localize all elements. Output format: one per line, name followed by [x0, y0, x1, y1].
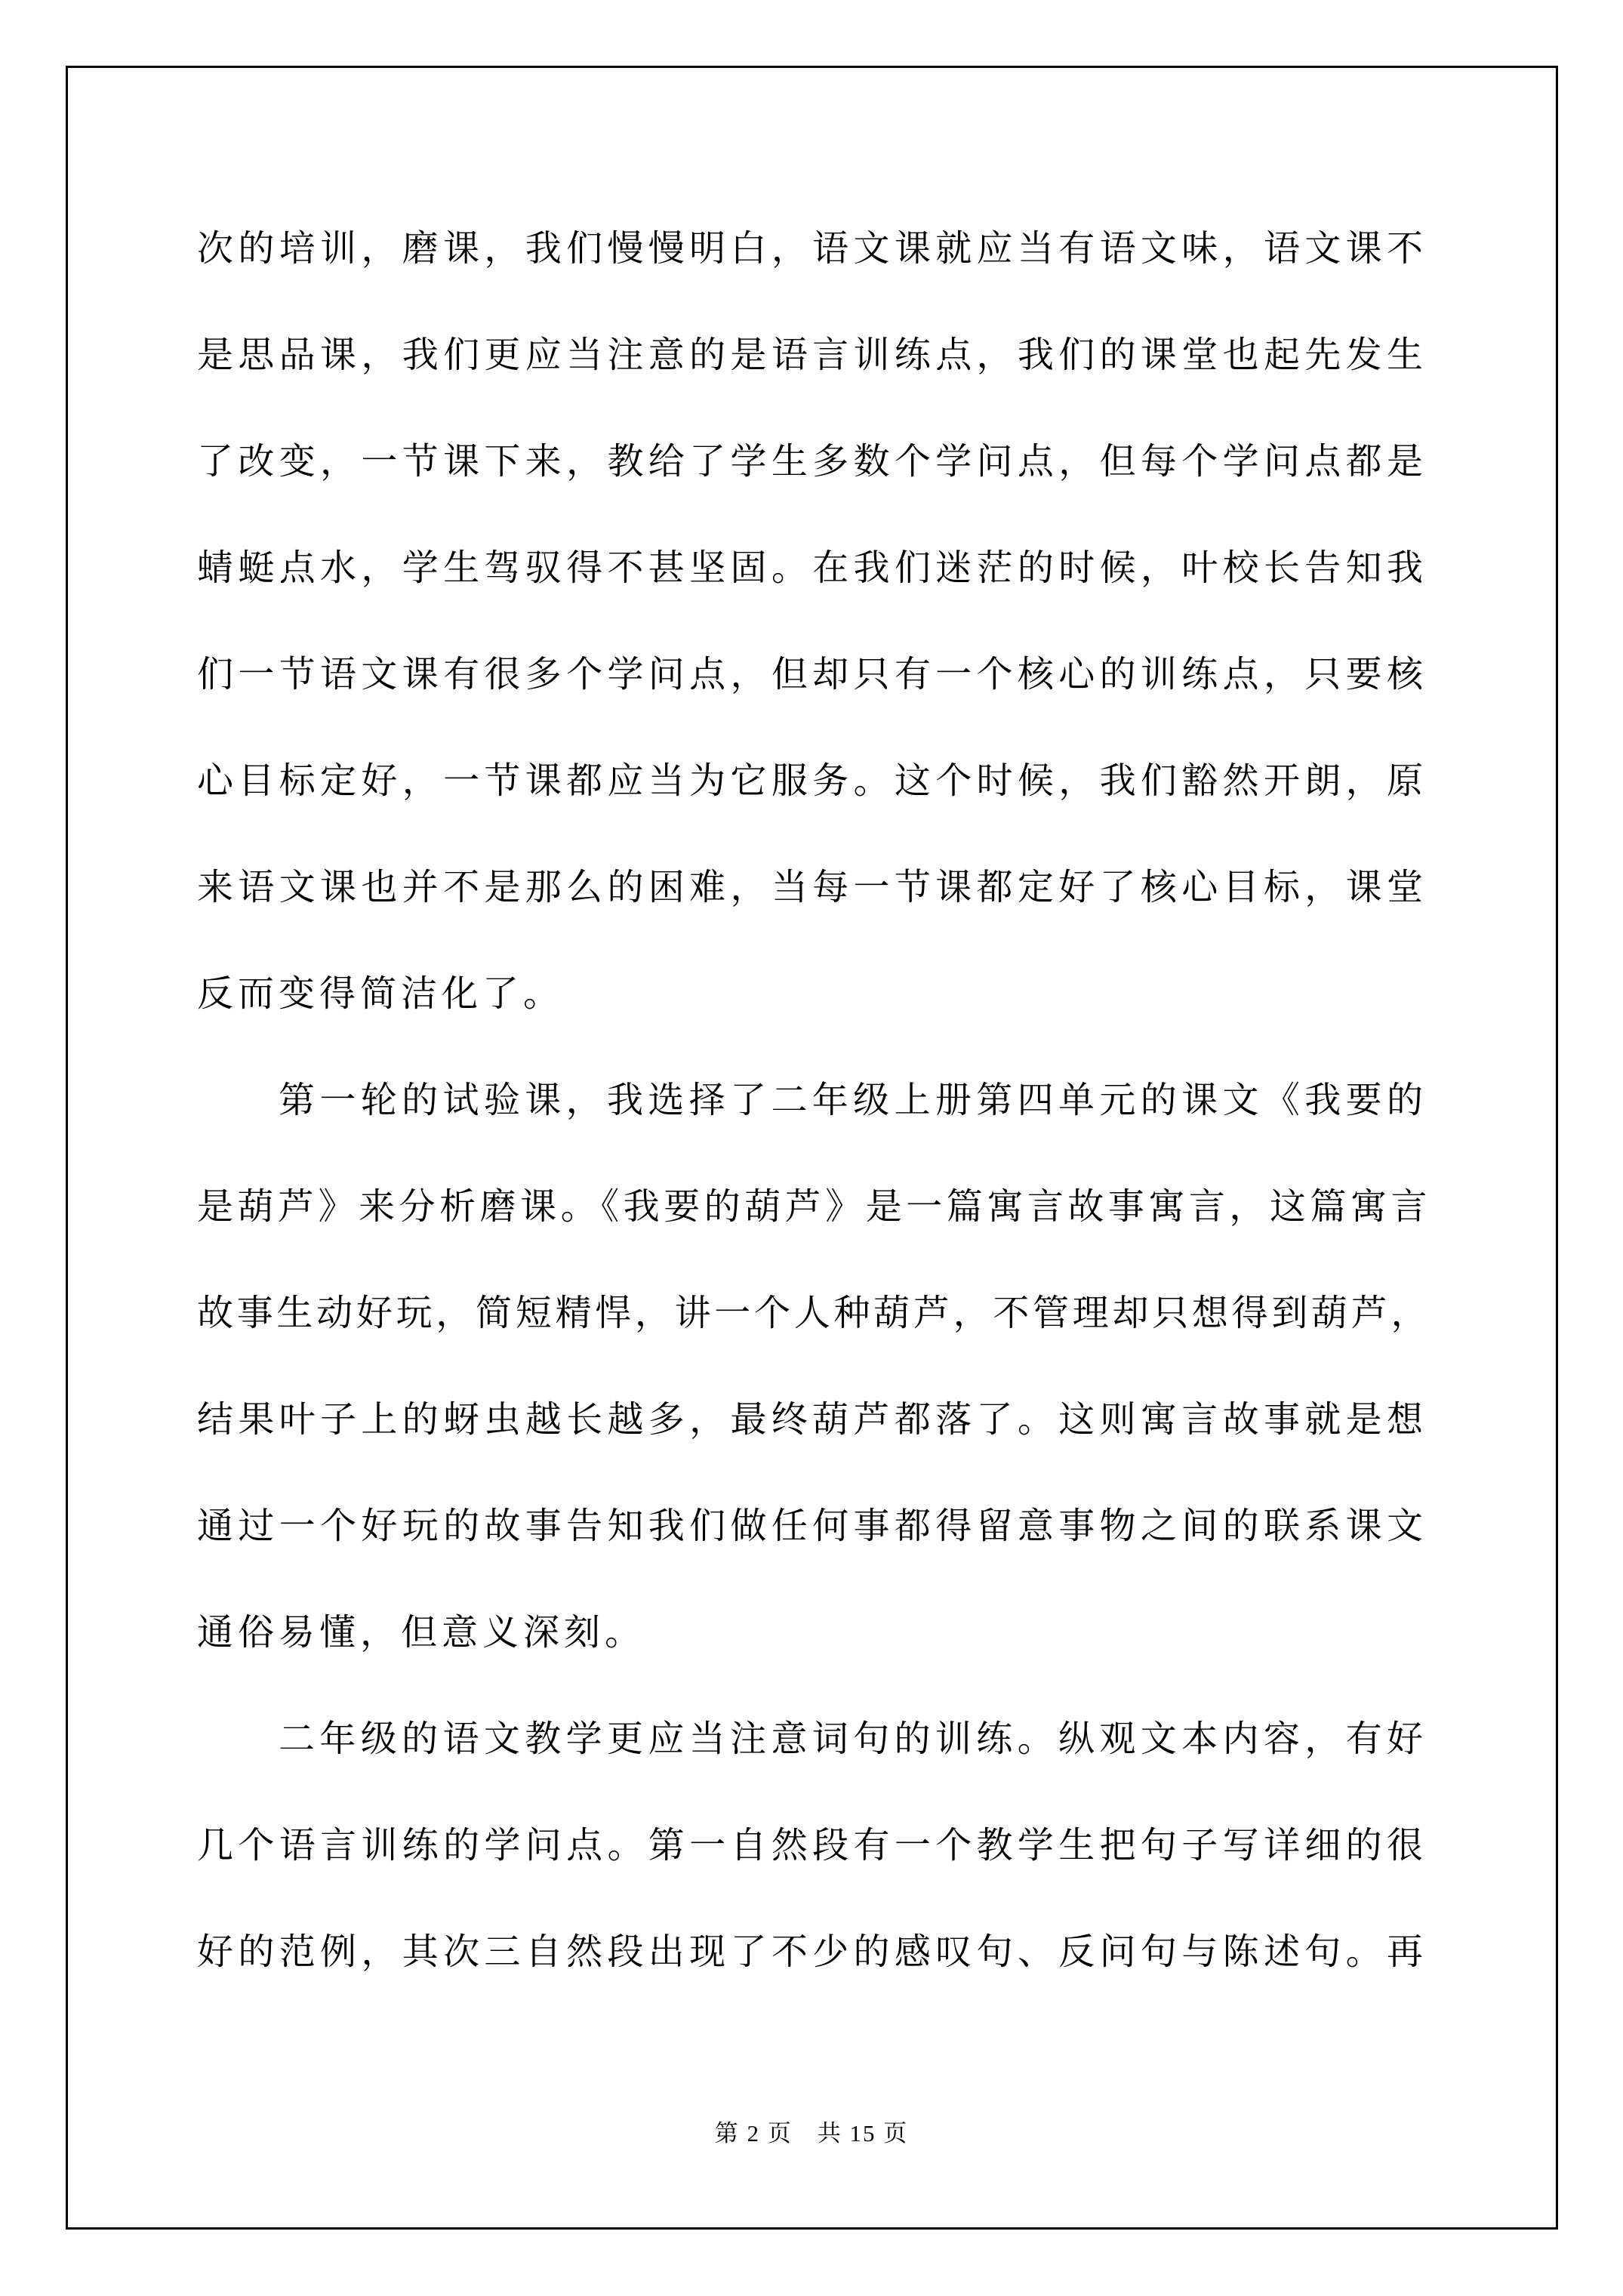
text-line: 结果叶子上的蚜虫越长越多，最终葫芦都落了。这则寓言故事就是想 — [197, 1367, 1427, 1473]
text-line: 蜻蜓点水，学生驾驭得不甚坚固。在我们迷茫的时候，叶校长告知我 — [197, 515, 1427, 621]
text-line: 通俗易懂，但意义深刻。 — [197, 1579, 1427, 1686]
text-line: 第一轮的试验课，我选择了二年级上册第四单元的课文《我要的 — [197, 1047, 1427, 1154]
text-line: 通过一个好玩的故事告知我们做任何事都得留意事物之间的联系课文 — [197, 1473, 1427, 1579]
text-line: 几个语言训练的学问点。第一自然段有一个教学生把句子写详细的很 — [197, 1792, 1427, 1899]
text-line: 是思品课，我们更应当注意的是语言训练点，我们的课堂也起先发生 — [197, 302, 1427, 408]
text-line: 反而变得简洁化了。 — [197, 941, 1427, 1047]
text-line: 故事生动好玩，简短精悍，讲一个人种葫芦，不管理却只想得到葫芦， — [197, 1260, 1427, 1367]
document-body: 次的培训，磨课，我们慢慢明白，语文课就应当有语文味，语文课不是思品课，我们更应当… — [197, 196, 1427, 2005]
text-line: 二年级的语文教学更应当注意词句的训练。纵观文本内容，有好 — [197, 1686, 1427, 1792]
text-line: 来语文课也并不是那么的困难，当每一节课都定好了核心目标，课堂 — [197, 834, 1427, 941]
text-line: 了改变，一节课下来，教给了学生多数个学问点，但每个学问点都是 — [197, 408, 1427, 515]
text-line: 次的培训，磨课，我们慢慢明白，语文课就应当有语文味，语文课不 — [197, 196, 1427, 302]
text-line: 是葫芦》来分析磨课。《我要的葫芦》是一篇寓言故事寓言，这篇寓言 — [197, 1154, 1427, 1260]
page-footer: 第 2 页 共 15 页 — [0, 2119, 1623, 2149]
text-line: 心目标定好，一节课都应当为它服务。这个时候，我们豁然开朗，原 — [197, 728, 1427, 834]
text-line: 们一节语文课有很多个学问点，但却只有一个核心的训练点，只要核 — [197, 621, 1427, 728]
text-line: 好的范例，其次三自然段出现了不少的感叹句、反问句与陈述句。再 — [197, 1899, 1427, 2005]
page-footer-text: 第 2 页 共 15 页 — [715, 2120, 909, 2147]
